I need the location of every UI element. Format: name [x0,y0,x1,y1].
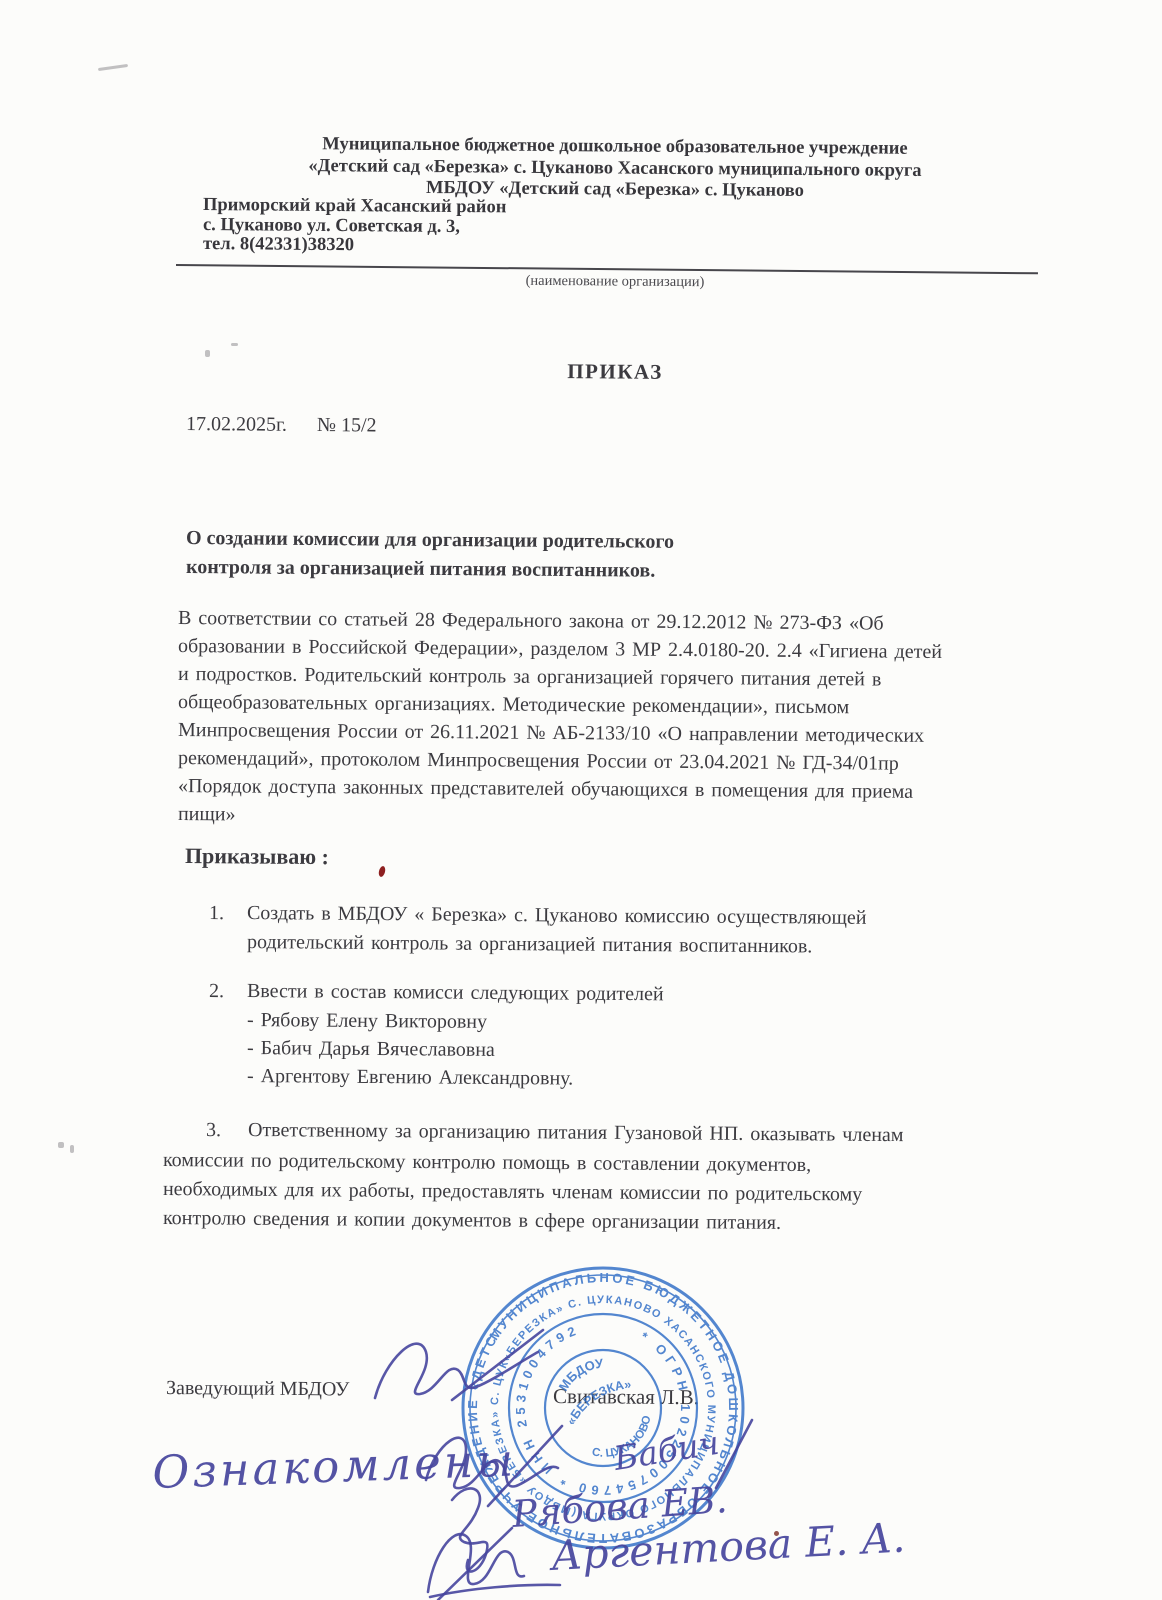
subject-line-1: О создании комиссии для организации роди… [186,528,674,552]
org-name-caption: (наименование организации) [170,271,1060,292]
item-1-line: родительский контроль за организацией пи… [247,932,812,956]
preamble-line: В соответствии со статьей 28 Федеральног… [178,608,884,634]
item-3-line: комиссии по родительскому контролю помощ… [163,1150,811,1175]
preamble-line: пищи» [178,804,236,824]
stamp-middle-ring [509,1314,697,1502]
preamble-line: общеобразовательных организациях. Методи… [178,692,849,717]
org-address-line-1: Приморский край Хасанский район [203,196,507,217]
svg-text:«БЕРЕЗКА» С. ЦУКАНОВО ХАСАНСКО: «БЕРЕЗКА» С. ЦУКАНОВО ХАСАНСКОГО МУНИЦИП… [453,1258,753,1558]
subject-line-2: контроля за организацией питания воспита… [186,557,655,581]
item-3-line: контролю сведения и копии документов в с… [163,1208,781,1233]
signer-position-title: Заведующий МБДОУ [166,1378,350,1399]
round-official-stamp: МУНИЦИПАЛЬНОЕ БЮДЖЕТНОЕ ДОШКОЛЬНОЕ ОБРАЗ… [453,1258,753,1558]
item-2-line: Ввести в состав комисси следующих родите… [247,981,664,1004]
item-2-number: 2. [209,981,224,1001]
item-2-member: - Аргентову Евгению Александровну. [247,1066,573,1089]
item-3-line: Ответственному за организацию питания Гу… [248,1120,904,1145]
item-2-member: - Рябову Елену Викторовну [247,1010,487,1032]
argentova-signature-underline [430,1585,560,1597]
scanned-order-document: Муниципальное бюджетное дошкольное образ… [0,0,1162,1600]
document-title: ПРИКАЗ [170,358,1060,386]
order-keyword: Приказываю : [185,845,329,868]
date-number-row: 17.02.2025г.№ 15/2 [186,414,377,435]
item-2-member: - Бабич Дарья Вячеславовна [247,1038,495,1060]
scan-smudge [98,64,128,71]
stamp-outer-ring [463,1268,743,1548]
item-3-number: 3. [206,1120,221,1140]
item-1-number: 1. [209,903,224,923]
preamble-line: образовании в Российской Федерации», раз… [178,636,942,662]
org-phone-line: тел. 8(42331)38320 [203,235,354,255]
scan-smudge [205,350,210,357]
order-date: 17.02.2025г. [186,413,287,436]
preamble-line: рекомендаций», протоколом Минпросвещения… [178,748,899,774]
scan-smudge [58,1142,64,1148]
preamble-line: и подростков. Родительский контроль за о… [178,664,882,690]
org-name-line-1: Муниципальное бюджетное дошкольное образ… [170,134,1060,159]
item-1-line: Создать в МБДОУ « Березка» с. Цуканово к… [247,903,867,928]
scan-smudge [70,1145,74,1153]
red-ink-dot [378,865,386,877]
svg-text:* ОГРН 1022500754760 * ИНН 253: * ОГРН 1022500754760 * ИНН 2531004792 [481,1286,725,1530]
stamp-ring-middle-text: «БЕРЕЗКА» С. ЦУКАНОВО ХАСАНСКОГО МУНИЦИП… [453,1258,753,1558]
order-number: № 15/2 [317,415,377,435]
preamble-line: Минпросвещения России от 26.11.2021 № АБ… [178,720,924,746]
scan-smudge [231,343,238,346]
item-3-line: необходимых для их работы, предоставлять… [163,1179,862,1204]
stamp-ring-numbers-text: * ОГРН 1022500754760 * ИНН 2531004792 [481,1286,725,1530]
preamble-line: «Порядок доступа законных представителей… [178,776,913,802]
red-ink-speck [774,1531,779,1536]
